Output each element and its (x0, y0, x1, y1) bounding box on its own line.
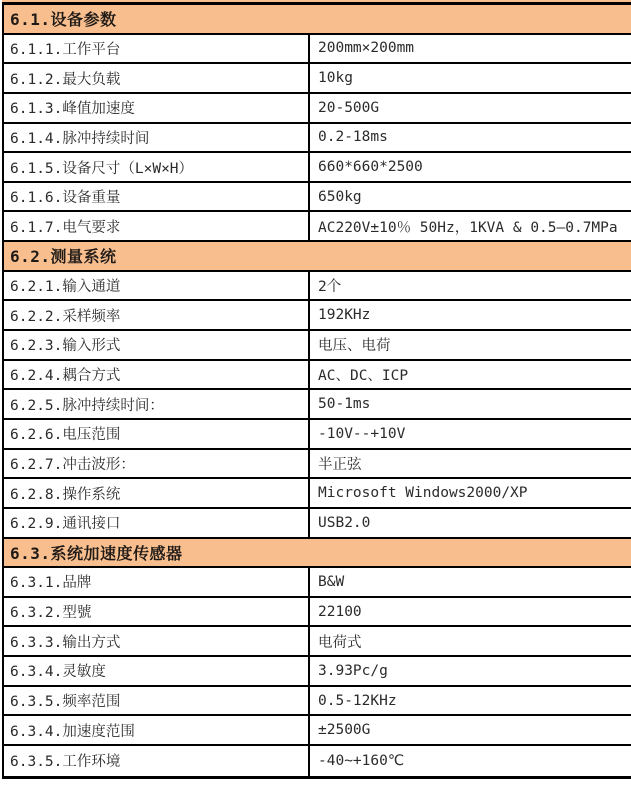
table-row: 6.3.5.频率范围0.5-12KHz (4, 687, 631, 717)
table-row: 6.2.9.通讯接口USB2.0 (4, 509, 631, 539)
row-value: 660*660*2500 (310, 153, 631, 181)
row-label: 6.2.4.耦合方式 (4, 361, 310, 389)
section-title: 6.2.测量系统 (10, 244, 117, 267)
row-value: B&W (310, 568, 631, 596)
table-row: 6.1.3.峰值加速度20-500G (4, 94, 631, 124)
table-row: 6.3.5.工作环境-40~+160℃ (4, 746, 631, 776)
table-row: 6.3.4.灵敏度3.93Pc/g (4, 657, 631, 687)
row-value: 3.93Pc/g (310, 657, 631, 685)
section-header: 6.1.设备参数 (4, 5, 631, 35)
row-label: 6.1.2.最大负载 (4, 64, 310, 92)
row-value: 650kg (310, 183, 631, 211)
table-row: 6.1.7.电气要求AC220V±10％ 50Hz，1KVA & 0.5—0.7… (4, 212, 631, 242)
section-title: 6.1.设备参数 (10, 7, 117, 30)
table-row: 6.2.6.电压范围-10V--+10V (4, 420, 631, 450)
table-row: 6.2.2.采样频率192KHz (4, 301, 631, 331)
table-row: 6.1.4.脉冲持续时间0.2-18ms (4, 124, 631, 154)
row-value: 半正弦 (310, 450, 631, 478)
row-value: 0.2-18ms (310, 124, 631, 152)
specification-table: 6.1.设备参数6.1.1.工作平台200mm×200mm6.1.2.最大负载1… (2, 2, 631, 779)
table-row: 6.3.4.加速度范围±2500G (4, 716, 631, 746)
row-value: AC220V±10％ 50Hz，1KVA & 0.5—0.7MPa (310, 212, 631, 240)
row-label: 6.2.8.操作系统 (4, 479, 310, 507)
row-value: 22100 (310, 598, 631, 626)
row-value: -10V--+10V (310, 420, 631, 448)
row-label: 6.2.6.电压范围 (4, 420, 310, 448)
row-label: 6.1.5.设备尺寸（L×W×H） (4, 153, 310, 181)
row-value: 20-500G (310, 94, 631, 122)
table-row: 6.1.5.设备尺寸（L×W×H）660*660*2500 (4, 153, 631, 183)
row-value: 0.5-12KHz (310, 687, 631, 715)
row-value: 50-1ms (310, 390, 631, 418)
row-label: 6.2.9.通讯接口 (4, 509, 310, 537)
row-label: 6.3.5.频率范围 (4, 687, 310, 715)
row-label: 6.3.4.灵敏度 (4, 657, 310, 685)
row-label: 6.1.3.峰值加速度 (4, 94, 310, 122)
row-label: 6.2.2.采样频率 (4, 301, 310, 329)
row-label: 6.3.4.加速度范围 (4, 716, 310, 744)
row-label: 6.2.7.冲击波形： (4, 450, 310, 478)
row-label: 6.3.5.工作环境 (4, 746, 310, 776)
table-row: 6.3.3.输出方式电荷式 (4, 627, 631, 657)
table-row: 6.1.6.设备重量650kg (4, 183, 631, 213)
row-label: 6.2.5.脉冲持续时间： (4, 390, 310, 418)
row-value: 192KHz (310, 301, 631, 329)
table-row: 6.2.3.输入形式电压、电荷 (4, 331, 631, 361)
row-value: ±2500G (310, 716, 631, 744)
row-label: 6.3.1.品牌 (4, 568, 310, 596)
row-value: USB2.0 (310, 509, 631, 537)
row-value: 电压、电荷 (310, 331, 631, 359)
row-label: 6.1.6.设备重量 (4, 183, 310, 211)
row-value: 电荷式 (310, 627, 631, 655)
row-label: 6.1.4.脉冲持续时间 (4, 124, 310, 152)
table-row: 6.2.4.耦合方式AC、DC、ICP (4, 361, 631, 391)
table-row: 6.1.1.工作平台200mm×200mm (4, 35, 631, 65)
section-title: 6.3.系统加速度传感器 (10, 541, 183, 564)
table-row: 6.2.5.脉冲持续时间：50-1ms (4, 390, 631, 420)
row-label: 6.2.3.输入形式 (4, 331, 310, 359)
section-header: 6.2.测量系统 (4, 242, 631, 272)
table-row: 6.3.2.型號22100 (4, 598, 631, 628)
table-row: 6.2.7.冲击波形：半正弦 (4, 450, 631, 480)
row-value: -40~+160℃ (310, 746, 631, 776)
table-row: 6.3.1.品牌B&W (4, 568, 631, 598)
row-value: AC、DC、ICP (310, 361, 631, 389)
row-label: 6.3.2.型號 (4, 598, 310, 626)
row-value: Microsoft Windows2000/XP (310, 479, 631, 507)
table-row: 6.1.2.最大负载10kg (4, 64, 631, 94)
row-label: 6.3.3.输出方式 (4, 627, 310, 655)
row-value: 10kg (310, 64, 631, 92)
table-row: 6.2.1.输入通道2个 (4, 272, 631, 302)
table-row: 6.2.8.操作系统Microsoft Windows2000/XP (4, 479, 631, 509)
row-value: 2个 (310, 272, 631, 300)
section-header: 6.3.系统加速度传感器 (4, 539, 631, 569)
row-label: 6.1.1.工作平台 (4, 35, 310, 63)
row-value: 200mm×200mm (310, 35, 631, 63)
row-label: 6.2.1.输入通道 (4, 272, 310, 300)
row-label: 6.1.7.电气要求 (4, 212, 310, 240)
